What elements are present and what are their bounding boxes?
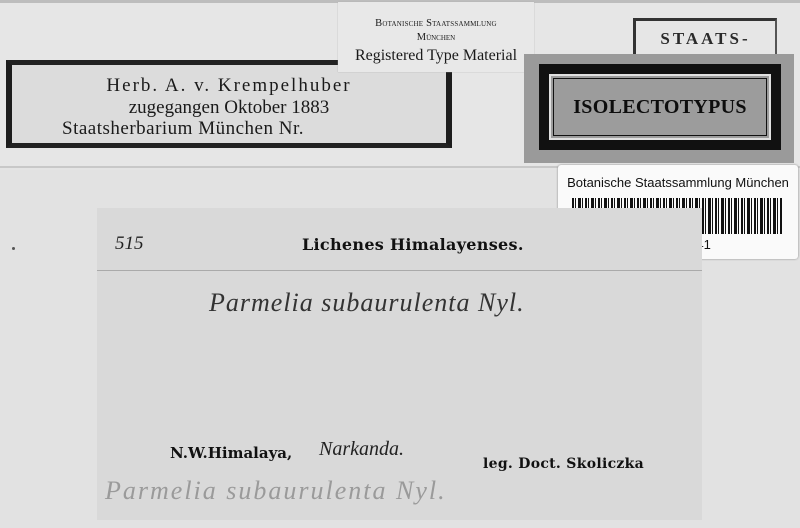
specimen-number: 515 <box>115 233 144 255</box>
herb-line-1: Herb. A. v. Krempelhuber <box>12 75 446 97</box>
isolectotypus-frame: ISOLECTOTYPUS <box>539 64 781 150</box>
series-title: Lichenes Himalayenses. <box>302 235 524 254</box>
herb-line-2: zugegangen Oktober 1883 <box>12 97 446 119</box>
specimen-header: 515 Lichenes Himalayenses. <box>97 208 702 271</box>
locality-handwritten: Narkanda. <box>319 438 404 461</box>
isolectotypus-inner: ISOLECTOTYPUS <box>549 74 771 140</box>
staats-stamp: STAATS- <box>633 18 777 58</box>
collector: leg. Doct. Skoliczka <box>483 456 644 472</box>
species-name-handwritten: Parmelia subaurulenta Nyl. <box>209 288 525 318</box>
type-status: ISOLECTOTYPUS <box>551 96 769 119</box>
speck <box>12 247 15 250</box>
registered-type-label: Botanische Staatssammlung München Regist… <box>338 2 534 72</box>
locality-printed: N.W.Himalaya, <box>170 444 292 462</box>
reg-line-2: München <box>338 32 534 43</box>
reg-line-1: Botanische Staatssammlung <box>338 18 534 29</box>
stamp-text: STAATS- <box>636 29 775 49</box>
herb-line-3: Staatsherbarium München Nr. <box>62 118 304 140</box>
isolectotypus-label: ISOLECTOTYPUS <box>524 54 794 163</box>
krempelhuber-label: Herb. A. v. Krempelhuber zugegangen Okto… <box>6 60 452 148</box>
barcode-institution: Botanische Staatssammlung München <box>558 175 798 190</box>
specimen-label: 515 Lichenes Himalayenses. Parmelia suba… <box>97 208 702 520</box>
pencil-annotation: Parmelia subaurulenta Nyl. <box>105 476 447 506</box>
reg-line-3: Registered Type Material <box>338 47 534 65</box>
